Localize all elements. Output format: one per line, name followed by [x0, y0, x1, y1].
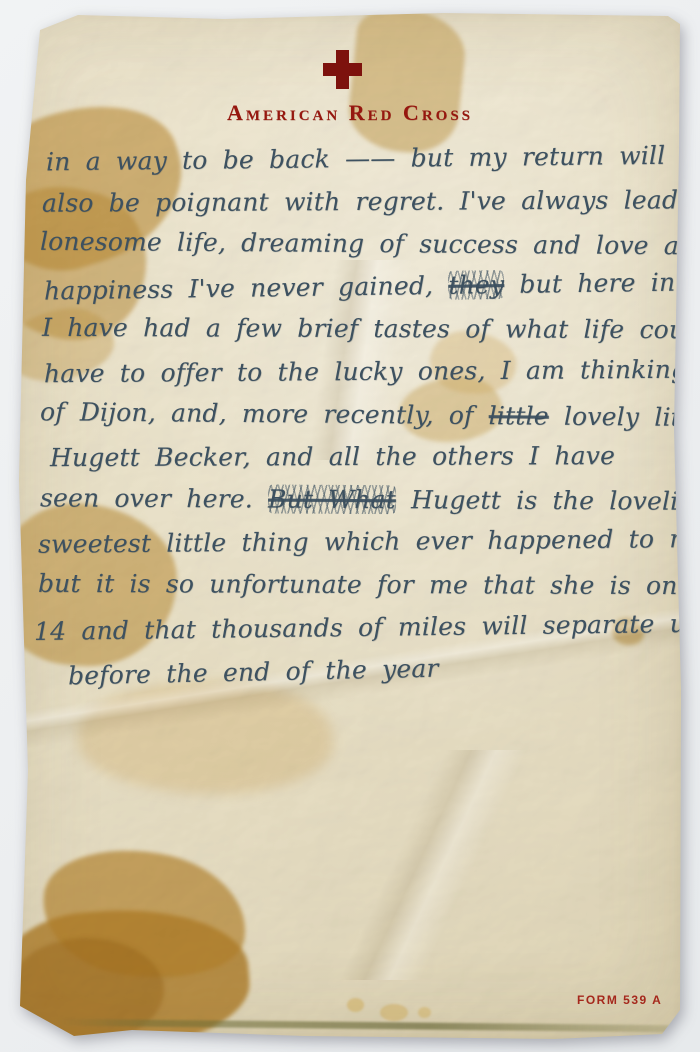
stain — [347, 998, 364, 1012]
handwritten-line: of Dijon, and, more recently, of little … — [40, 391, 680, 439]
stain — [380, 1004, 408, 1021]
handwritten-text: I have had a few brief tastes of what li… — [42, 313, 686, 344]
handwritten-line: happiness I've never gained, they but he… — [44, 261, 681, 312]
handwritten-line: in a way to be back —— but my return wil… — [46, 135, 680, 184]
handwritten-text: Hugett is the loveliest — [396, 485, 686, 516]
handwritten-line: but it is so unfortunate for me that she… — [38, 563, 680, 608]
handwritten-text: happiness I've never gained, — [44, 271, 449, 306]
stain — [78, 682, 333, 794]
handwritten-text: of Dijon, and, more recently, of — [40, 397, 489, 430]
handwritten-text: lovely little — [549, 401, 686, 431]
handwritten-text: 14 and that thousands of miles will sepa… — [34, 608, 686, 645]
paper-crease — [164, 750, 684, 980]
handwritten-line: sweetest little thing which ever happene… — [38, 519, 680, 567]
crossed-out-text: they — [448, 270, 504, 300]
handwritten-line: lonesome life, dreaming of success and l… — [40, 221, 680, 268]
scanned-letter-scene: American Red Cross in a way to be back —… — [0, 0, 700, 1052]
red-cross-icon — [323, 50, 362, 89]
handwritten-text: but here in France — [504, 266, 686, 299]
stain — [418, 1007, 431, 1018]
letter-paper: American Red Cross in a way to be back —… — [14, 10, 686, 1040]
handwritten-text: also be poignant with regret. I've alway… — [42, 185, 686, 217]
handwritten-text: seen over here. — [40, 483, 268, 513]
form-number: FORM 539 A — [577, 993, 662, 1007]
handwritten-text: sweetest little thing which ever happene… — [38, 524, 686, 559]
handwritten-line: I have had a few brief tastes of what li… — [42, 307, 680, 352]
handwritten-line: Hugett Becker, and all the others I have — [50, 435, 680, 480]
paper-bottom-edge — [54, 1019, 680, 1033]
crossed-out-text: little — [489, 401, 549, 431]
handwritten-text: in a way to be back —— but my return wil… — [46, 141, 666, 176]
handwritten-text: before the end of the year — [68, 654, 439, 691]
handwritten-line: seen over here. But What Hugett is the l… — [40, 477, 680, 523]
paper-shadow-wrap: American Red Cross in a way to be back —… — [0, 0, 700, 1052]
letter-body: in a way to be back —— but my return wil… — [40, 138, 680, 692]
stain — [345, 10, 469, 157]
handwritten-line: have to offer to the lucky ones, I am th… — [44, 349, 680, 396]
handwritten-text: but it is so unfortunate for me that she… — [38, 569, 686, 600]
handwritten-text: lonesome life, dreaming of success and l… — [40, 227, 686, 261]
handwritten-text: have to offer to the lucky ones, I am th… — [44, 354, 686, 388]
crossed-out-text: But What — [268, 484, 396, 514]
organization-title: American Red Cross — [227, 100, 473, 126]
stain — [33, 837, 255, 993]
handwritten-line: also be poignant with regret. I've alway… — [42, 179, 680, 225]
handwritten-text: Hugett Becker, and all the others I have — [50, 441, 615, 472]
